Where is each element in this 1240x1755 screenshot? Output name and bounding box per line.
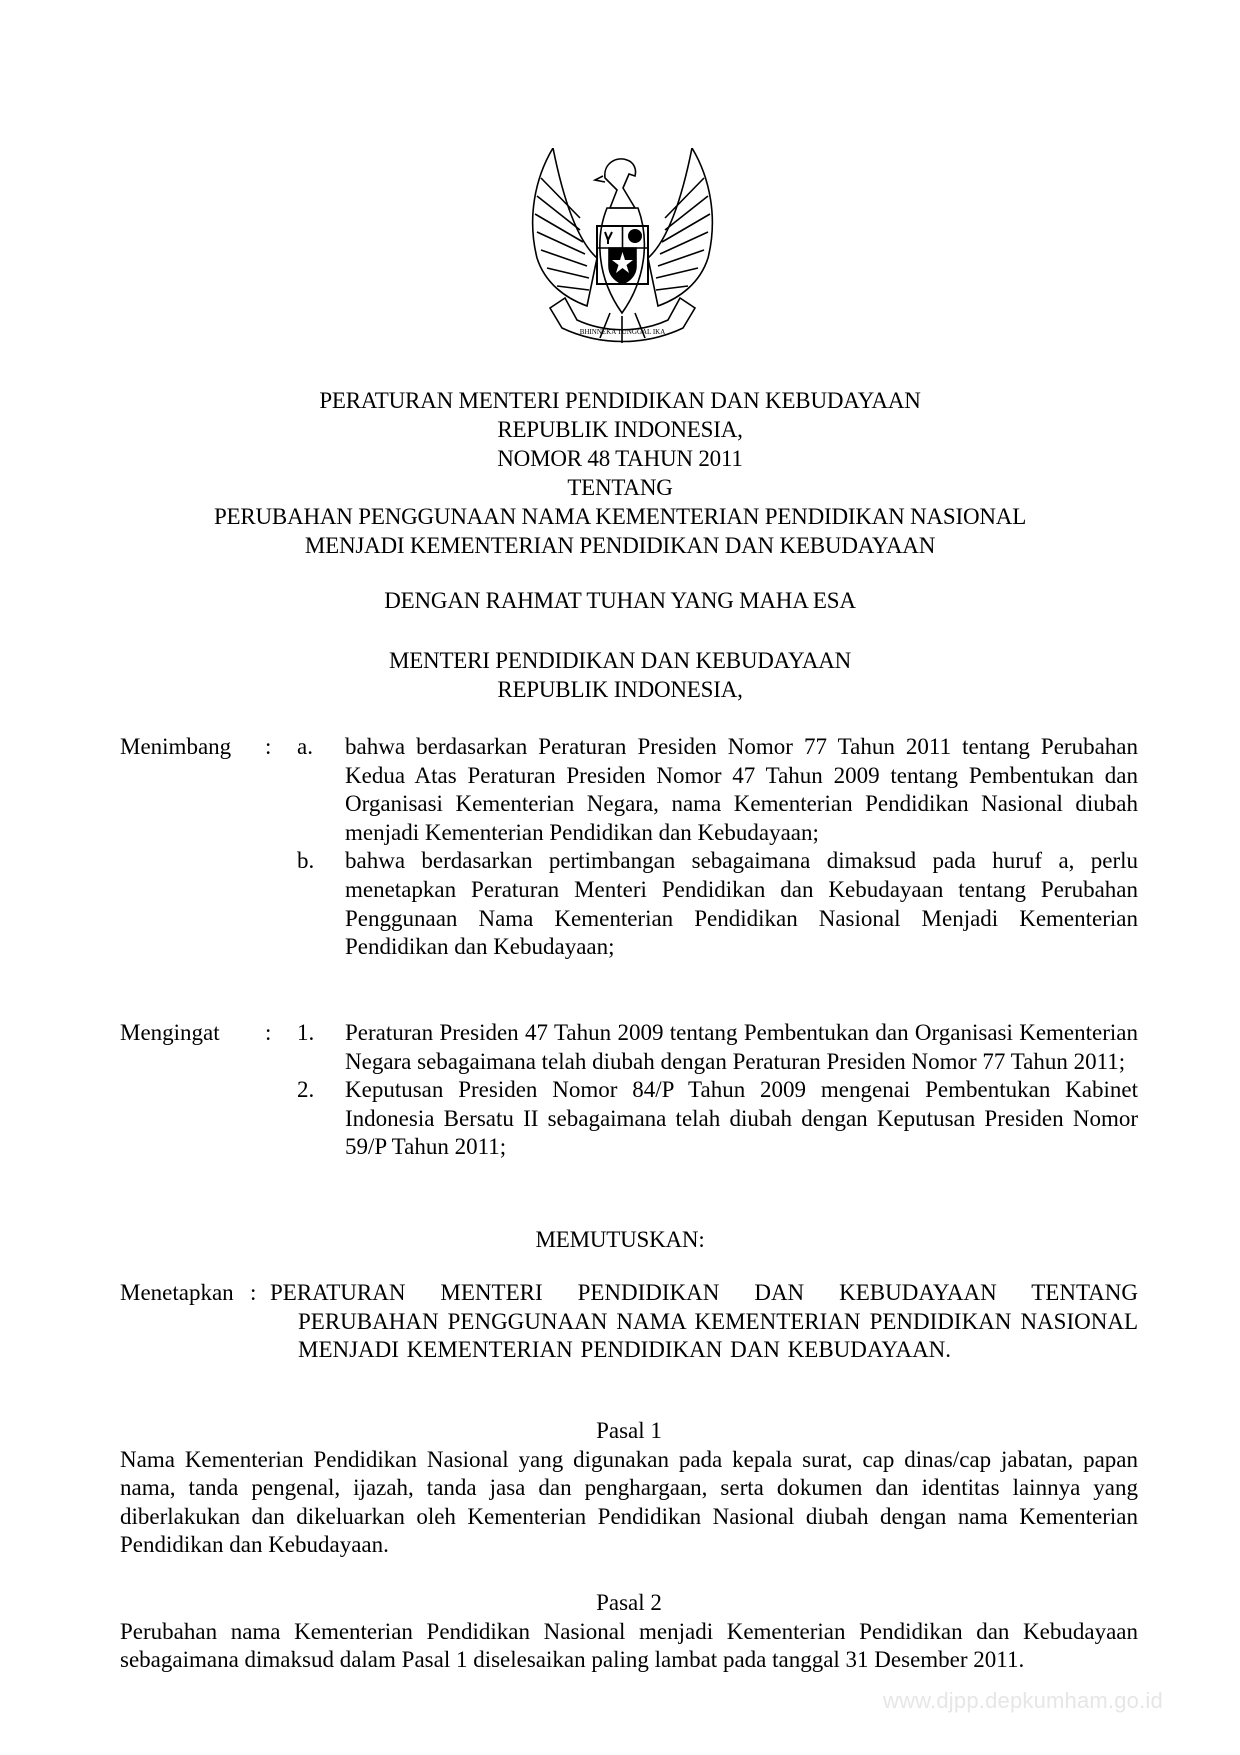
title-line: REPUBLIK INDONESIA, — [120, 415, 1120, 444]
minister-line: REPUBLIK INDONESIA, — [120, 675, 1120, 704]
document-page: BHINNEKA TUNGGAL IKA PERATURAN MENTERI P… — [0, 0, 1240, 1755]
pasal-2: Pasal 2 Perubahan nama Kementerian Pendi… — [120, 1589, 1138, 1675]
minister-line: MENTERI PENDIDIKAN DAN KEBUDAYAAN — [120, 646, 1120, 675]
item-text: bahwa berdasarkan pertimbangan sebagaima… — [345, 847, 1138, 961]
watermark: www.djpp.depkumham.go.id — [883, 1688, 1163, 1714]
menetapkan-first-line: PERATURAN MENTERI PENDIDIKAN DAN KEBUDAY… — [270, 1279, 1138, 1308]
pasal-heading: Pasal 2 — [120, 1589, 1138, 1618]
item-text: Keputusan Presiden Nomor 84/P Tahun 2009… — [345, 1076, 1138, 1162]
menetapkan-text: PERUBAHAN PENGGUNAAN NAMA KEMENTERIAN PE… — [298, 1308, 1138, 1365]
list-item: 1. Peraturan Presiden 47 Tahun 2009 tent… — [120, 1019, 1138, 1076]
item-text: Peraturan Presiden 47 Tahun 2009 tentang… — [345, 1019, 1138, 1076]
menimbang-section: Menimbang : a. bahwa berdasarkan Peratur… — [120, 733, 1138, 962]
list-item: 2. Keputusan Presiden Nomor 84/P Tahun 2… — [120, 1076, 1138, 1162]
garuda-emblem-icon: BHINNEKA TUNGGAL IKA — [525, 148, 720, 348]
pasal-text: Nama Kementerian Pendidikan Nasional yan… — [120, 1446, 1138, 1560]
list-item: b. bahwa berdasarkan pertimbangan sebaga… — [120, 847, 1138, 961]
title-line: TENTANG — [120, 473, 1120, 502]
item-marker: a. — [297, 733, 313, 762]
item-marker: 1. — [297, 1019, 314, 1048]
title-line: PERUBAHAN PENGGUNAAN NAMA KEMENTERIAN PE… — [120, 502, 1120, 531]
item-text: bahwa berdasarkan Peraturan Presiden Nom… — [345, 733, 1138, 847]
mengingat-section: Mengingat : 1. Peraturan Presiden 47 Tah… — [120, 1019, 1138, 1162]
item-marker: 2. — [297, 1076, 314, 1105]
pasal-heading: Pasal 1 — [120, 1417, 1138, 1446]
title-line: PERATURAN MENTERI PENDIDIKAN DAN KEBUDAY… — [120, 386, 1120, 415]
item-marker: b. — [297, 847, 314, 876]
title-line: MENJADI KEMENTERIAN PENDIDIKAN DAN KEBUD… — [120, 531, 1120, 560]
minister-heading: MENTERI PENDIDIKAN DAN KEBUDAYAAN REPUBL… — [120, 646, 1120, 704]
section-colon: : — [250, 1279, 256, 1308]
title-line: NOMOR 48 TAHUN 2011 — [120, 444, 1120, 473]
menetapkan-section: Menetapkan : PERATURAN MENTERI PENDIDIKA… — [120, 1279, 1138, 1365]
pasal-1: Pasal 1 Nama Kementerian Pendidikan Nasi… — [120, 1417, 1138, 1560]
pasal-text: Perubahan nama Kementerian Pendidikan Na… — [120, 1618, 1138, 1675]
memutuskan-heading: MEMUTUSKAN: — [120, 1225, 1120, 1254]
preamble: DENGAN RAHMAT TUHAN YANG MAHA ESA — [120, 586, 1120, 615]
regulation-title: PERATURAN MENTERI PENDIDIKAN DAN KEBUDAY… — [120, 386, 1120, 560]
svg-text:BHINNEKA TUNGGAL IKA: BHINNEKA TUNGGAL IKA — [580, 328, 666, 336]
section-label: Menetapkan — [120, 1279, 234, 1308]
list-item: a. bahwa berdasarkan Peraturan Presiden … — [120, 733, 1138, 847]
